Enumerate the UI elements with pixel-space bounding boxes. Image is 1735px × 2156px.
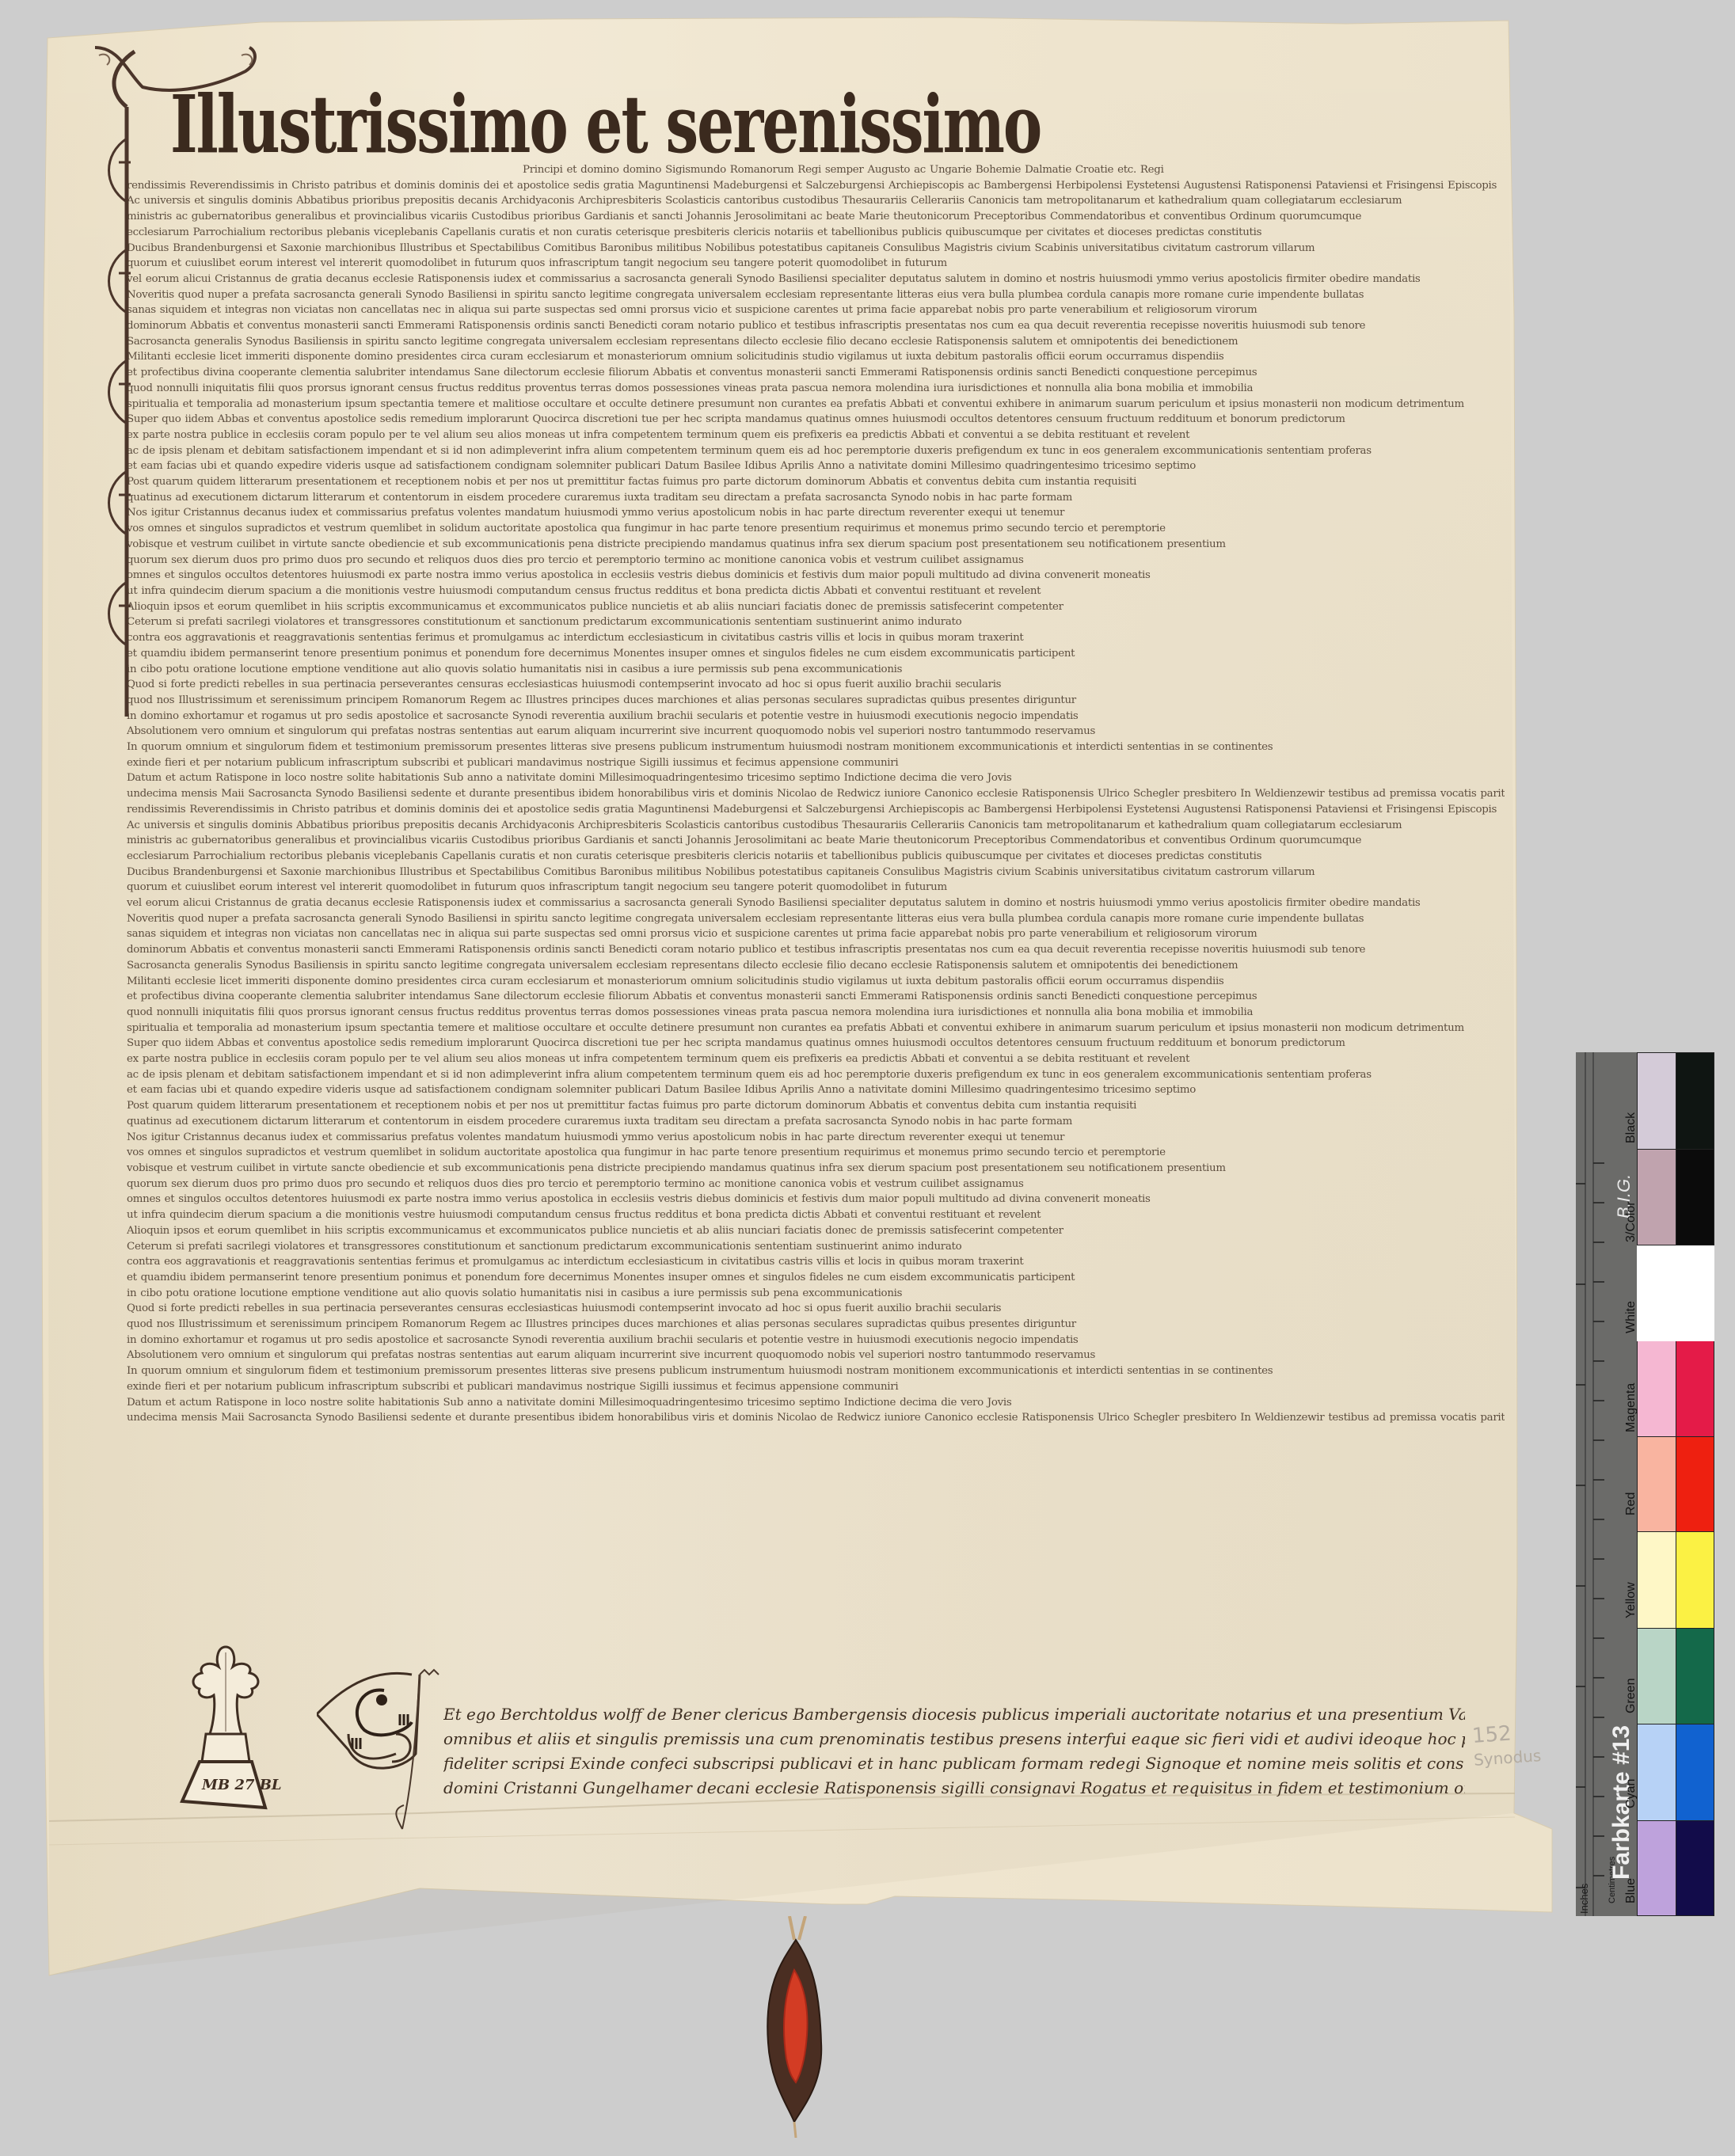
text-line: Post quarum quidem litterarum presentati… <box>127 474 1505 490</box>
text-line: contra eos aggravationis et reaggravatio… <box>127 1254 1505 1270</box>
archive-pencil-note: 152 Synodus <box>1471 1720 1542 1772</box>
swatch-white <box>1637 1245 1714 1341</box>
text-line: vobisque et vestrum cuilibet in virtute … <box>127 1161 1505 1177</box>
swatch-red-light <box>1637 1436 1676 1532</box>
cross-inscription: MB 27 BL <box>201 1777 282 1793</box>
text-line: Datum et actum Ratispone in loco nostre … <box>127 770 1505 786</box>
swatch-red-dark <box>1676 1436 1714 1532</box>
text-line: Nos igitur Cristannus decanus iudex et c… <box>127 505 1505 521</box>
notary-monogram-icon <box>317 1659 443 1841</box>
text-line: et eam facias ubi et quando expedire vid… <box>127 1082 1505 1098</box>
text-line: quorum et cuiuslibet eorum interest vel … <box>127 256 1505 272</box>
text-line: Post quarum quidem litterarum presentati… <box>127 1098 1505 1114</box>
text-line: vos omnes et singulos supradictos et ves… <box>127 1145 1505 1161</box>
text-line: ecclesiarum Parrochialium rectoribus ple… <box>127 849 1505 865</box>
color-swatches <box>1637 1052 1714 1916</box>
text-line: Quod si forte predicti rebelles in sua p… <box>127 1301 1505 1317</box>
text-line: in cibo potu oratione locutione emptione… <box>127 1286 1505 1302</box>
inches-label: Inches <box>1578 1884 1590 1914</box>
text-line: exinde fieri et per notarium publicum in… <box>127 755 1505 771</box>
text-line: sanas siquidem et integras non viciatas … <box>127 302 1505 318</box>
text-line: Nos igitur Cristannus decanus iudex et c… <box>127 1130 1505 1146</box>
text-line: in domino exhortamur et rogamus ut pro s… <box>127 1333 1505 1348</box>
text-line: undecima mensis Maii Sacrosancta Synodo … <box>127 1410 1505 1426</box>
subscription-line: fideliter scripsi Exinde confeci subscri… <box>443 1751 1465 1776</box>
subscription-line: Et ego Berchtoldus wolff de Bener cleric… <box>443 1702 1465 1727</box>
swatch-3color-dark <box>1676 1149 1714 1245</box>
text-line: in domino exhortamur et rogamus ut pro s… <box>127 709 1505 724</box>
text-line: ut infra quindecim dierum spacium a die … <box>127 584 1505 599</box>
text-line: Ceterum si prefati sacrilegi violatores … <box>127 614 1505 630</box>
text-line: Noveritis quod nuper a prefata sacrosanc… <box>127 287 1505 303</box>
swatch-magenta-light <box>1637 1340 1676 1437</box>
text-line: Sacrosancta generalis Synodus Basiliensi… <box>127 958 1505 974</box>
text-line: Super quo iidem Abbas et conventus apost… <box>127 1036 1505 1051</box>
heading-text: Illustrissimo et serenissimo <box>170 79 1041 171</box>
text-line: Datum et actum Ratispone in loco nostre … <box>127 1395 1505 1411</box>
text-line: quod nonnulli iniquitatis filii quos pro… <box>127 1005 1505 1021</box>
opening-line: Principi et domino domino Sigismundo Rom… <box>127 162 1505 178</box>
subscription-line: domini Cristanni Gungelhamer decani eccl… <box>443 1776 1465 1800</box>
text-line: rendissimis Reverendissimis in Christo p… <box>127 802 1505 818</box>
text-line: quorum et cuiuslibet eorum interest vel … <box>127 880 1505 895</box>
swatch-magenta-dark <box>1676 1340 1714 1437</box>
swatch-black-light <box>1637 1052 1676 1150</box>
swatch-cyan-dark <box>1676 1724 1714 1821</box>
text-line: quorum sex dierum duos pro primo duos pr… <box>127 1177 1505 1192</box>
text-line: quod nonnulli iniquitatis filii quos pro… <box>127 381 1505 397</box>
text-line: ecclesiarum Parrochialium rectoribus ple… <box>127 225 1505 241</box>
text-line: vel eorum alicui Cristannus de gratia de… <box>127 895 1505 911</box>
text-line: Ceterum si prefati sacrilegi violatores … <box>127 1239 1505 1255</box>
text-line: omnes et singulos occultos detentores hu… <box>127 568 1505 584</box>
color-calibration-chart: Inches Centimetres B.I.G. Farbkarte #13 … <box>1576 1052 1714 1916</box>
charter-heading: Illustrissimo et serenissimo <box>170 79 1041 171</box>
text-line: Ac universis et singulis dominis Abbatib… <box>127 193 1505 209</box>
text-line: vobisque et vestrum cuilibet in virtute … <box>127 537 1505 553</box>
text-line: ex parte nostra publice in ecclesiis cor… <box>127 428 1505 443</box>
swatch-blue-light <box>1637 1820 1676 1916</box>
text-line: dominorum Abbatis et conventus monasteri… <box>127 942 1505 958</box>
text-line: In quorum omnium et singulorum fidem et … <box>127 1363 1505 1379</box>
text-line: undecima mensis Maii Sacrosancta Synodo … <box>127 786 1505 802</box>
text-line: Absolutionem vero omnium et singulorum q… <box>127 1348 1505 1363</box>
text-line: dominorum Abbatis et conventus monasteri… <box>127 318 1505 334</box>
swatch-green-dark <box>1676 1628 1714 1724</box>
text-line: spiritualia et temporalia ad monasterium… <box>127 1021 1505 1036</box>
text-line: Militanti ecclesie licet immeriti dispon… <box>127 974 1505 990</box>
text-line: Alioquin ipsos et eorum quemlibet in hii… <box>127 599 1505 615</box>
text-line: In quorum omnium et singulorum fidem et … <box>127 740 1505 755</box>
text-line: vel eorum alicui Cristannus de gratia de… <box>127 272 1505 287</box>
ruler-scale: Inches Centimetres B.I.G. Farbkarte #13 … <box>1576 1052 1637 1916</box>
text-line: et eam facias ubi et quando expedire vid… <box>127 458 1505 474</box>
wax-seal-icon <box>732 1916 859 2138</box>
text-line: quod nos Illustrissimum et serenissimum … <box>127 693 1505 709</box>
text-line: ministris ac gubernatoribus generalibus … <box>127 833 1505 849</box>
text-line: et profectibus divina cooperante clement… <box>127 989 1505 1005</box>
text-line: contra eos aggravationis et reaggravatio… <box>127 630 1505 646</box>
text-line: quatinus ad executionem dictarum littera… <box>127 1114 1505 1130</box>
text-line: et quamdiu ibidem permanserint tenore pr… <box>127 1270 1505 1286</box>
text-line: Alioquin ipsos et eorum quemlibet in hii… <box>127 1223 1505 1239</box>
text-line: vos omnes et singulos supradictos et ves… <box>127 521 1505 537</box>
swatch-yellow-dark <box>1676 1531 1714 1629</box>
text-line: Sacrosancta generalis Synodus Basiliensi… <box>127 334 1505 350</box>
text-line: omnes et singulos occultos detentores hu… <box>127 1192 1505 1207</box>
notary-subscription: Et ego Berchtoldus wolff de Bener cleric… <box>443 1702 1473 1800</box>
text-line: et quamdiu ibidem permanserint tenore pr… <box>127 646 1505 662</box>
text-line: Ac universis et singulis dominis Abbatib… <box>127 818 1505 834</box>
text-line: et profectibus divina cooperante clement… <box>127 365 1505 381</box>
swatch-yellow-light <box>1637 1531 1676 1629</box>
text-line: quatinus ad executionem dictarum littera… <box>127 490 1505 506</box>
text-line: Militanti ecclesie licet immeriti dispon… <box>127 349 1505 365</box>
swatch-green-light <box>1637 1628 1676 1724</box>
text-line: Absolutionem vero omnium et singulorum q… <box>127 724 1505 740</box>
subscription-line: omnibus et aliis et singulis premissis u… <box>443 1727 1465 1751</box>
text-line: quorum sex dierum duos pro primo duos pr… <box>127 553 1505 568</box>
text-line: ac de ipsis plenam et debitam satisfacti… <box>127 1067 1505 1083</box>
swatch-black-dark <box>1676 1052 1714 1150</box>
swatch-cyan-light <box>1637 1724 1676 1821</box>
text-line: rendissimis Reverendissimis in Christo p… <box>127 178 1505 194</box>
text-line: ut infra quindecim dierum spacium a die … <box>127 1207 1505 1223</box>
swatch-blue-dark <box>1676 1820 1714 1916</box>
text-line: Noveritis quod nuper a prefata sacrosanc… <box>127 911 1505 927</box>
notarial-sign-cross-icon: MB 27 BL <box>166 1643 285 1825</box>
text-line: sanas siquidem et integras non viciatas … <box>127 926 1505 942</box>
charter-body-text: Principi et domino domino Sigismundo Rom… <box>127 162 1505 1540</box>
text-line: ac de ipsis plenam et debitam satisfacti… <box>127 443 1505 459</box>
text-line: in cibo potu oratione locutione emptione… <box>127 662 1505 678</box>
text-line: ex parte nostra publice in ecclesiis cor… <box>127 1051 1505 1067</box>
text-line: exinde fieri et per notarium publicum in… <box>127 1379 1505 1395</box>
text-line: Super quo iidem Abbas et conventus apost… <box>127 412 1505 428</box>
text-line: Quod si forte predicti rebelles in sua p… <box>127 677 1505 693</box>
archive-word: Synodus <box>1473 1743 1542 1772</box>
text-line: spiritualia et temporalia ad monasterium… <box>127 397 1505 413</box>
text-line: Ducibus Brandenburgensi et Saxonie march… <box>127 865 1505 880</box>
text-line: ministris ac gubernatoribus generalibus … <box>127 209 1505 225</box>
text-line: Ducibus Brandenburgensi et Saxonie march… <box>127 241 1505 257</box>
text-line: quod nos Illustrissimum et serenissimum … <box>127 1317 1505 1333</box>
swatch-3color-light <box>1637 1149 1676 1245</box>
